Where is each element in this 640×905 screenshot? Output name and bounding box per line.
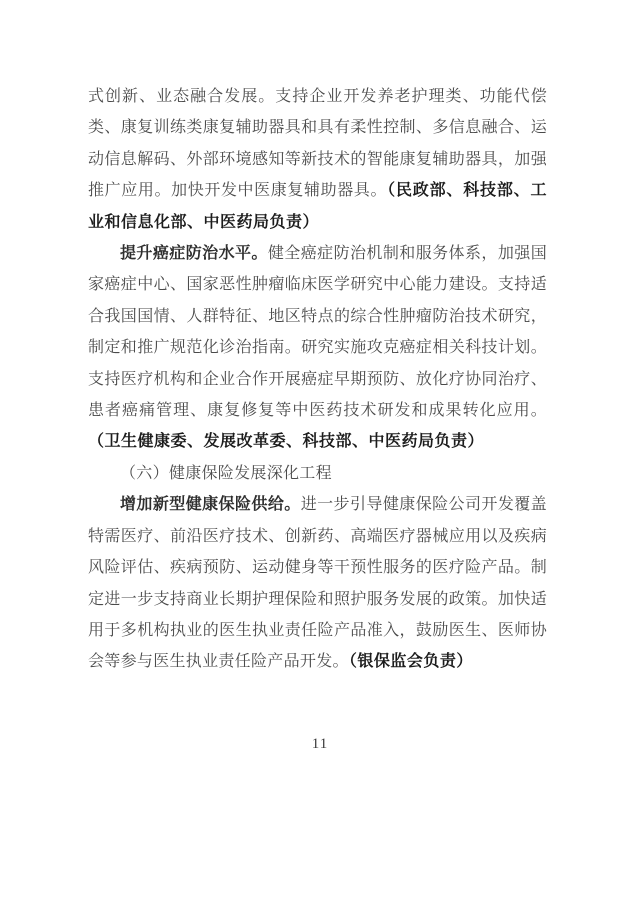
responsible-agencies-label: （卫生健康委、发展改革委、科技部、中医药局负责） [88, 433, 484, 450]
paragraph-lead-phrase: 增加新型健康保险供给。 [120, 496, 301, 513]
paragraph-cancer-prevention: 提升癌症防治水平。健全癌症防治机制和服务体系，加强国家癌症中心、国家恶性肿瘤临床… [88, 238, 547, 458]
paragraph-body-text: 进一步引导健康保险公司开发覆盖特需医疗、前沿医疗技术、创新药、高端医疗器械应用以… [88, 496, 547, 670]
paragraph-rehab-devices: 式创新、业态融合发展。支持企业开发养老护理类、功能代偿类、康复训练类康复辅助器具… [88, 81, 547, 238]
paragraph-lead-phrase: 提升癌症防治水平。 [120, 245, 268, 262]
document-text-block: 式创新、业态融合发展。支持企业开发养老护理类、功能代偿类、康复训练类康复辅助器具… [88, 81, 547, 678]
document-page: 式创新、业态融合发展。支持企业开发养老护理类、功能代偿类、康复训练类康复辅助器具… [0, 0, 640, 905]
page-number: 11 [0, 736, 640, 753]
paragraph-health-insurance: 增加新型健康保险供给。进一步引导健康保险公司开发覆盖特需医疗、前沿医疗技术、创新… [88, 489, 547, 677]
responsible-agencies-label: （银保监会负责） [349, 653, 473, 670]
section-heading-six: （六）健康保险发展深化工程 [88, 458, 547, 489]
paragraph-body-text: 健全癌症防治机制和服务体系，加强国家癌症中心、国家恶性肿瘤临床医学研究中心能力建… [88, 245, 547, 419]
